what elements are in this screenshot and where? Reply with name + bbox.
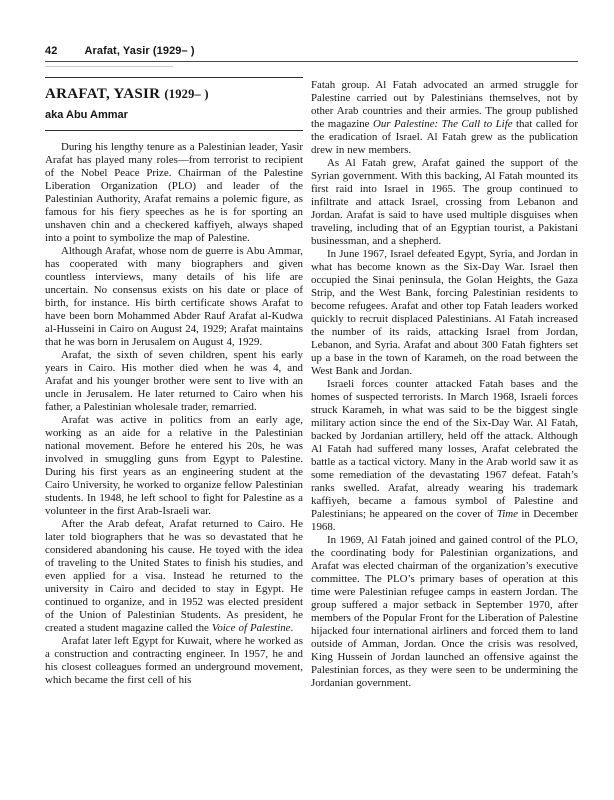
text-segment: Arafat was active in politics from an ea… <box>45 414 303 517</box>
paragraph: Israeli forces counter attacked Fatah ba… <box>311 378 578 534</box>
header-rule-scan-artifact <box>45 66 173 67</box>
left-column: ARAFAT, YASIR (1929– ) aka Abu Ammar Dur… <box>45 77 303 687</box>
italic-text-segment: Voice of Palestine <box>212 622 291 634</box>
text-segment: As Al Fatah grew, Arafat gained the supp… <box>311 157 578 247</box>
running-title: Arafat, Yasir (1929– ) <box>84 46 194 57</box>
article-heading-block: ARAFAT, YASIR (1929– ) aka Abu Ammar <box>45 77 303 131</box>
italic-text-segment: Time <box>497 508 518 520</box>
article-aka: aka Abu Ammar <box>45 109 303 121</box>
text-segment: During his lengthy tenure as a Palestini… <box>45 141 303 244</box>
paragraph: Arafat was active in politics from an ea… <box>45 414 303 518</box>
text-segment: In 1969, Al Fatah joined and gained cont… <box>311 534 578 689</box>
paragraph: As Al Fatah grew, Arafat gained the supp… <box>311 157 578 248</box>
paragraph: In June 1967, Israel defeated Egypt, Syr… <box>311 248 578 378</box>
paragraph: After the Arab defeat, Arafat returned t… <box>45 518 303 635</box>
header-rule <box>45 61 578 62</box>
right-column: Fatah group. Al Fatah advocated an armed… <box>311 77 578 690</box>
paragraph: Fatah group. Al Fatah advocated an armed… <box>311 79 578 157</box>
text-segment: . <box>291 622 294 634</box>
page-number: 42 <box>45 46 57 57</box>
right-column-text: Fatah group. Al Fatah advocated an armed… <box>311 79 578 690</box>
article-title-years: (1929– ) <box>164 87 208 101</box>
text-segment: Although Arafat, whose nom de guerre is … <box>45 245 303 348</box>
left-column-text: During his lengthy tenure as a Palestini… <box>45 141 303 687</box>
book-page: 42 Arafat, Yasir (1929– ) ARAFAT, YASIR … <box>0 0 614 800</box>
paragraph: Arafat later left Egypt for Kuwait, wher… <box>45 635 303 687</box>
paragraph: Arafat, the sixth of seven children, spe… <box>45 349 303 414</box>
text-segment: Israeli forces counter attacked Fatah ba… <box>311 378 578 520</box>
paragraph: Although Arafat, whose nom de guerre is … <box>45 245 303 349</box>
text-segment: After the Arab defeat, Arafat returned t… <box>45 518 303 634</box>
running-header: 42 Arafat, Yasir (1929– ) <box>45 46 578 57</box>
text-segment: In June 1967, Israel defeated Egypt, Syr… <box>311 248 578 377</box>
italic-text-segment: Our Palestine: The Call to Life <box>373 118 513 130</box>
paragraph: In 1969, Al Fatah joined and gained cont… <box>311 534 578 690</box>
article-title: ARAFAT, YASIR (1929– ) <box>45 86 303 103</box>
paragraph: During his lengthy tenure as a Palestini… <box>45 141 303 245</box>
text-segment: Arafat, the sixth of seven children, spe… <box>45 349 303 413</box>
article-title-text: ARAFAT, YASIR <box>45 86 160 102</box>
text-segment: Arafat later left Egypt for Kuwait, wher… <box>45 635 303 686</box>
